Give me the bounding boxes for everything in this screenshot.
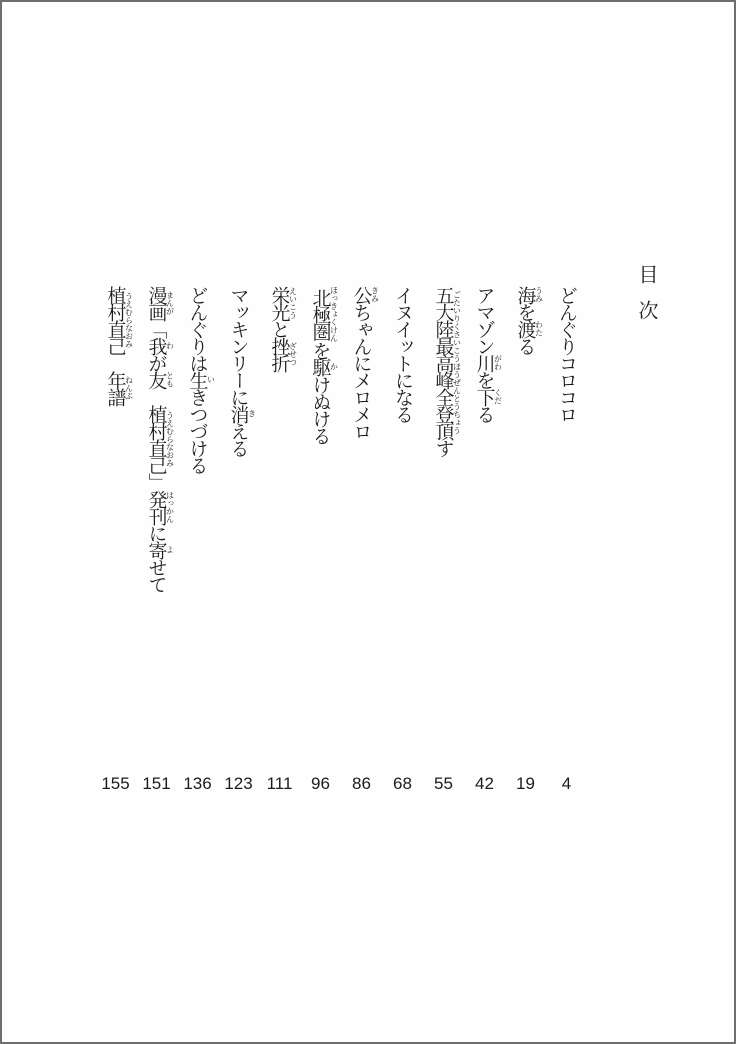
toc-entry-title: マッキンリーに消きえる (220, 286, 257, 792)
furigana-ruby: 消き (228, 405, 249, 422)
toc-entry: どんぐりは生いきつづける136 (174, 286, 215, 792)
toc-entry-page-number: 151 (136, 775, 177, 792)
toc-entry-title: アマゾン川がわを下くだる (466, 286, 503, 792)
toc-entry-title: どんぐりコロコロ (548, 286, 584, 792)
toc-entry-page-number: 155 (95, 775, 136, 792)
toc-entry-title: 海うみを渡わたる (507, 286, 544, 792)
toc-entry-page-number: 96 (300, 775, 341, 792)
toc-entry: 五大陸最高峰全登頂ごたいりくさいこうほうぜんとうちょうす55 (420, 286, 461, 792)
furigana-ruby: 栄光えいこう (269, 286, 290, 320)
toc-entry-title: 植村直己うえむらなおみ 年譜ねんぷ (97, 286, 134, 792)
furigana-ruby: 寄よ (146, 541, 167, 558)
furigana-ruby: 下くだ (474, 388, 495, 405)
furigana-ruby: 生い (187, 371, 208, 388)
toc-entry-page-number: 68 (382, 775, 423, 792)
toc-entry: 植村直己うえむらなおみ 年譜ねんぷ155 (92, 286, 133, 792)
toc-entry-title: 漫画まんが「我わが友とも 植村直己うえむらなおみ」発刊はっかんに寄よせて (138, 286, 175, 792)
furigana-ruby: 植村直己うえむらなおみ (146, 405, 167, 473)
toc-entry-title: どんぐりは生いきつづける (179, 286, 216, 792)
toc-entry-title: 五大陸最高峰全登頂ごたいりくさいこうほうぜんとうちょうす (425, 286, 462, 792)
toc-heading: 目 次 (634, 264, 658, 318)
toc-entry-page-number: 42 (464, 775, 505, 792)
furigana-ruby: 友とも (146, 371, 167, 388)
furigana-ruby: 川がわ (474, 354, 495, 371)
toc-entry-page-number: 123 (218, 775, 259, 792)
toc-list: どんぐりコロコロ4海うみを渡わたる19アマゾン川がわを下くだる42五大陸最高峰全… (92, 286, 584, 792)
furigana-ruby: 北極圏ほっきょくけん (310, 286, 331, 341)
toc-entry-page-number: 19 (505, 775, 546, 792)
toc-entry-page-number: 55 (423, 775, 464, 792)
toc-entry-title: 北極圏ほっきょくけんを駆かけぬける (302, 286, 339, 792)
furigana-ruby: 漫画まんが (146, 286, 167, 320)
toc-entry: どんぐりコロコロ4 (543, 286, 584, 792)
toc-entry-title: 栄光えいこうと挫折ざせつ (261, 286, 298, 792)
furigana-ruby: 五大陸最高峰全登頂ごたいりくさいこうほうぜんとうちょう (433, 286, 454, 439)
toc-entry: マッキンリーに消きえる123 (215, 286, 256, 792)
toc-entry: 海うみを渡わたる19 (502, 286, 543, 792)
toc-entry-page-number: 111 (259, 775, 300, 792)
furigana-ruby: 渡わた (515, 320, 536, 337)
furigana-ruby: 海うみ (515, 286, 536, 303)
toc-entry: 漫画まんが「我わが友とも 植村直己うえむらなおみ」発刊はっかんに寄よせて151 (133, 286, 174, 792)
toc-entry: 公きみちゃんにメロメロ86 (338, 286, 379, 792)
toc-entry: アマゾン川がわを下くだる42 (461, 286, 502, 792)
toc-entry: イヌイットになる68 (379, 286, 420, 792)
toc-entry: 北極圏ほっきょくけんを駆かけぬける96 (297, 286, 338, 792)
furigana-ruby: 発刊はっかん (146, 490, 167, 524)
toc-entry-page-number: 4 (546, 775, 587, 792)
furigana-ruby: 我わ (146, 337, 167, 354)
furigana-ruby: 挫折ざせつ (269, 337, 290, 371)
furigana-ruby: 駆か (310, 358, 331, 375)
furigana-ruby: 植村直己うえむらなおみ (105, 286, 126, 354)
toc-entry-title: イヌイットになる (384, 286, 420, 792)
toc-entry-page-number: 86 (341, 775, 382, 792)
toc-entry-page-number: 136 (177, 775, 218, 792)
furigana-ruby: 年譜ねんぷ (105, 371, 126, 405)
toc-entry-title: 公きみちゃんにメロメロ (343, 286, 380, 792)
book-toc-page: 目 次 どんぐりコロコロ4海うみを渡わたる19アマゾン川がわを下くだる42五大陸… (0, 0, 736, 1044)
furigana-ruby: 公きみ (351, 286, 372, 303)
toc-entry: 栄光えいこうと挫折ざせつ111 (256, 286, 297, 792)
